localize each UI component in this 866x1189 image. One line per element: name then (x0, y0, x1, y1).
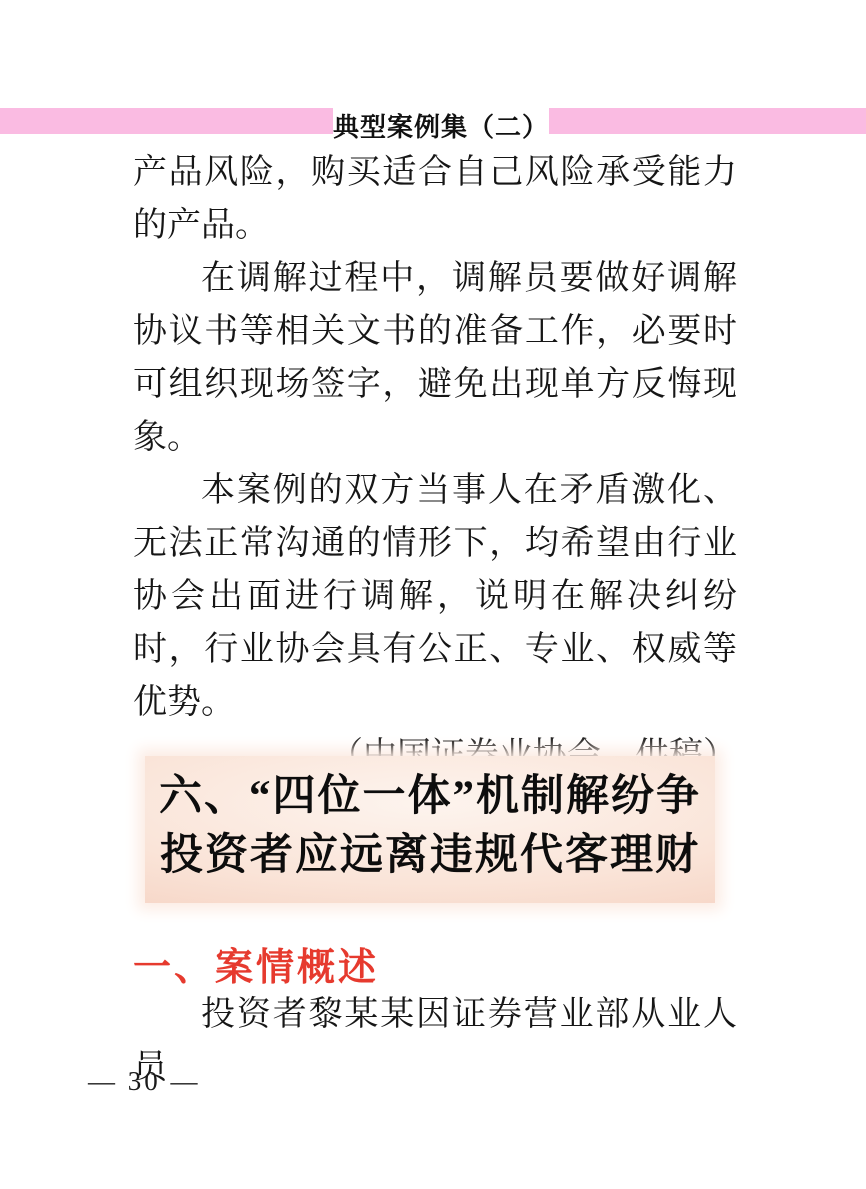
header-band-left (0, 108, 333, 134)
running-header-title: 典型案例集（二） (333, 107, 549, 144)
book-page: 典型案例集（二） 产品风险，购买适合自己风险承受能力的产品。 在调解过程中，调解… (0, 0, 866, 1189)
section-heading-plate: 六、“四位一体”机制解纷争 投资者应远离违规代客理财 (145, 756, 715, 903)
section-title-line1: 六、“四位一体”机制解纷争 (145, 767, 715, 826)
body-text: 产品风险，购买适合自己风险承受能力的产品。 在调解过程中，调解员要做好调解协议书… (133, 146, 737, 782)
section-title-line2: 投资者应远离违规代客理财 (145, 826, 715, 885)
paragraph: 本案例的双方当事人在矛盾激化、无法正常沟通的情形下，均希望由行业协会出面进行调解… (133, 464, 737, 729)
paragraph-first-line: 投资者黎某某因证券营业部从业人员 (133, 988, 737, 1094)
paragraph-continuation: 产品风险，购买适合自己风险承受能力的产品。 (133, 146, 737, 252)
paragraph: 在调解过程中，调解员要做好调解协议书等相关文书的准备工作，必要时可组织现场签字，… (133, 252, 737, 464)
page-number: — 30 — (88, 1066, 201, 1097)
subsection-heading: 一、案情概述 (133, 936, 379, 991)
header-band-right (549, 108, 866, 134)
running-header: 典型案例集（二） (0, 108, 866, 134)
